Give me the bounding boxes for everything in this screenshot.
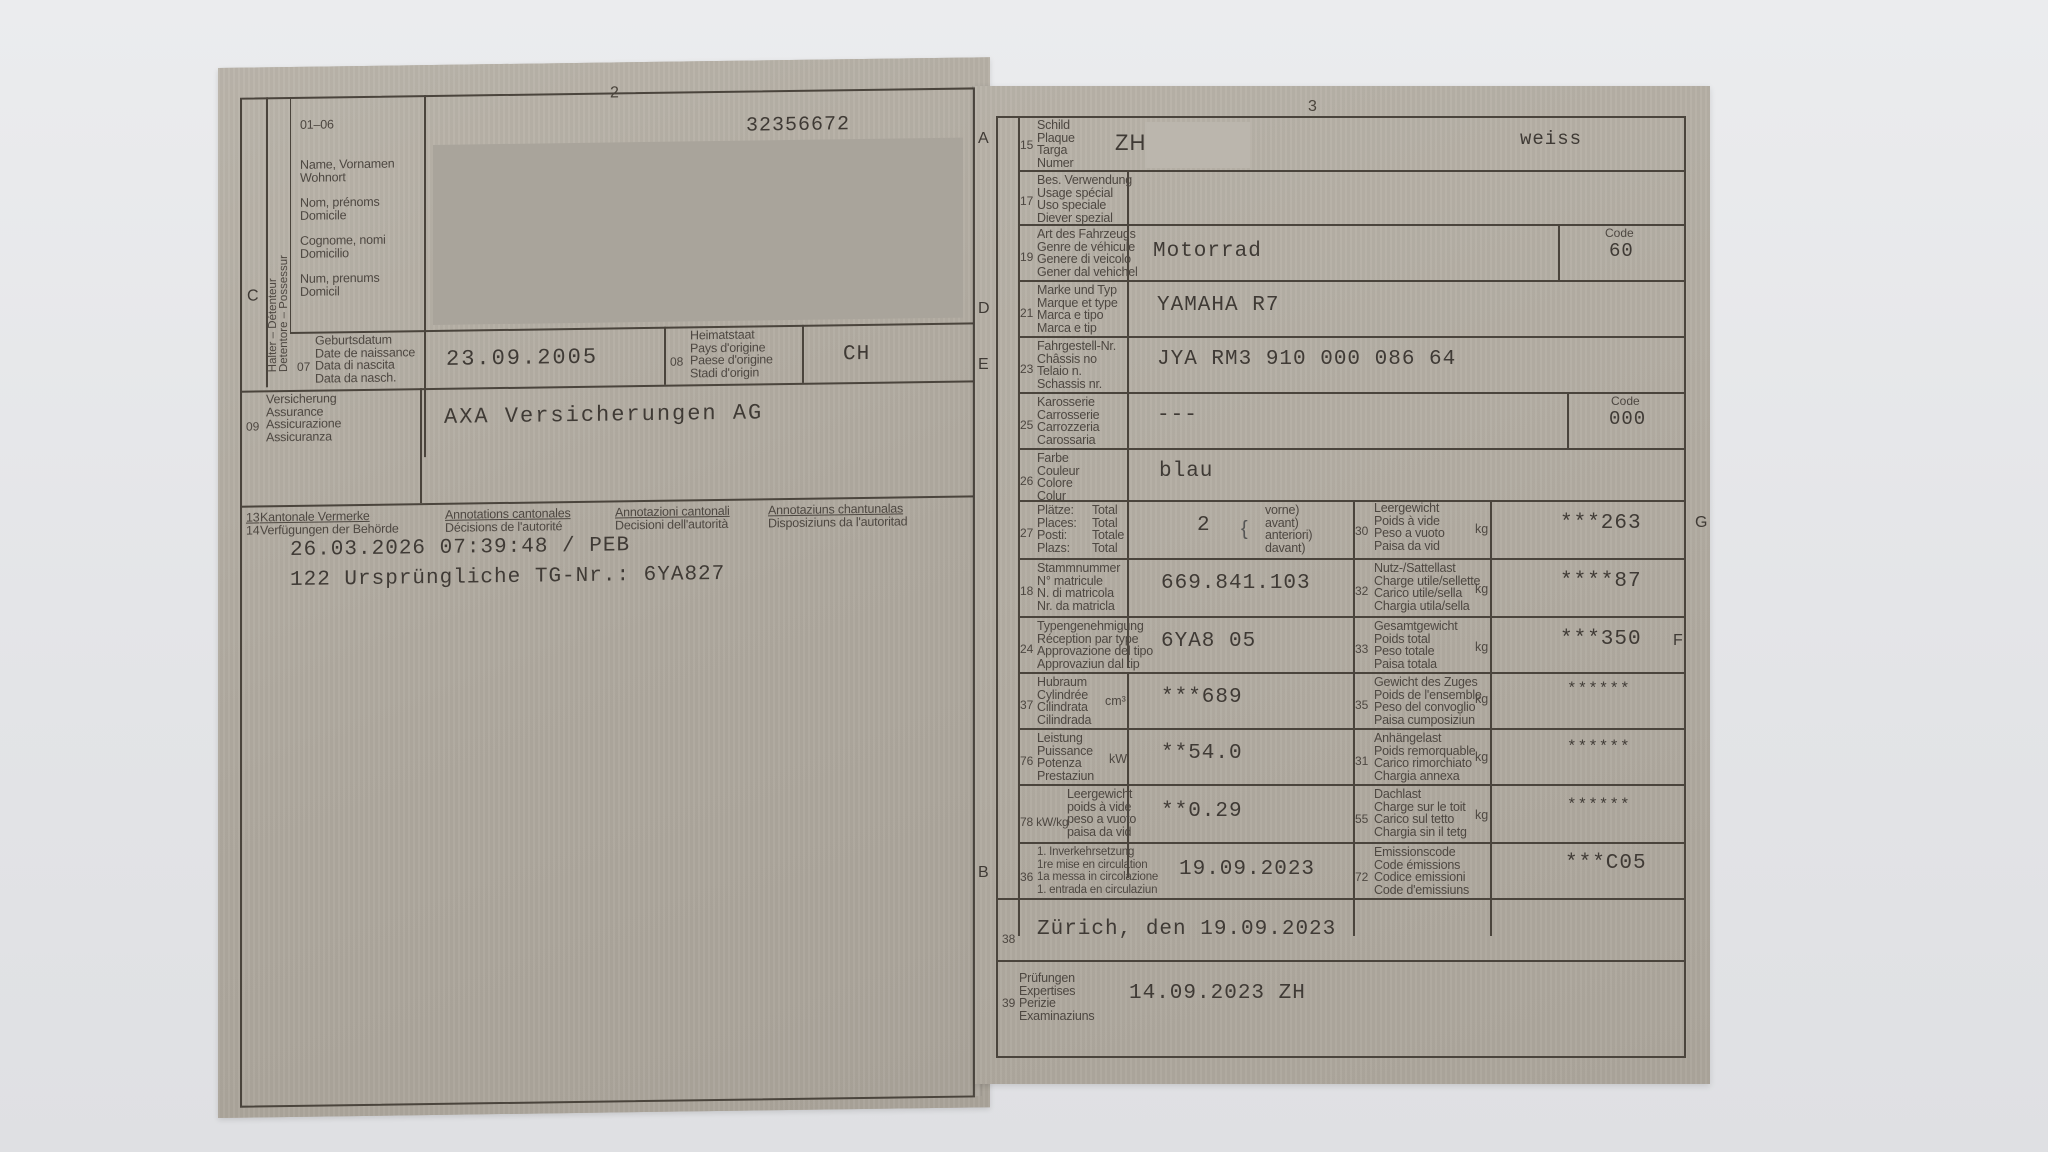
label-line: Potenza (1037, 757, 1094, 770)
trailer-load-label: Anhängelast Poids remorquable Carico rim… (1374, 732, 1476, 782)
insurance-label: Versicherung Assurance Assicurazione Ass… (266, 392, 341, 443)
label-line: Marca e tipo (1037, 309, 1118, 322)
field-number-30: 30 (1355, 524, 1368, 538)
label-line: Stammnummer (1037, 562, 1120, 575)
annotation-header-fr: Annotations cantonales Décisions de l'au… (445, 507, 571, 534)
emission-code-value: ***C05 (1565, 852, 1647, 875)
label-line: Karosserie (1037, 396, 1099, 409)
divider (1018, 336, 1686, 338)
vehicle-type-value: Motorrad (1153, 240, 1262, 263)
label-line: Carossaria (1037, 434, 1099, 447)
issue-place-date-value: Zürich, den 19.09.2023 (1037, 918, 1336, 941)
power-label: Leistung Puissance Potenza Prestaziun (1037, 732, 1094, 782)
chassis-value: JYA RM3 910 000 086 64 (1157, 348, 1456, 371)
label-line: Plazs: (1037, 542, 1077, 555)
label-line: Schassis nr. (1037, 378, 1116, 391)
train-weight-value: ****** (1567, 680, 1631, 698)
section-letter-e: E (978, 356, 989, 374)
label-line: Paisa totala (1374, 658, 1458, 671)
inspection-label: Prüfungen Expertises Perizie Examinaziun… (1019, 972, 1094, 1022)
label-line: Anhängelast (1374, 732, 1476, 745)
first-registration-label: 1. Inverkehrsetzung 1re mise en circulat… (1037, 846, 1158, 896)
field-number-14: 14 (246, 524, 260, 537)
power-value: **54.0 (1161, 742, 1243, 765)
divider (1018, 392, 1686, 394)
vehicle-type-label: Art des Fahrzeugs Genre de véhicule Gene… (1037, 228, 1138, 278)
field-number-78: 78 (1020, 815, 1033, 829)
divider (1018, 672, 1686, 674)
insurance-value: AXA Versicherungen AG (444, 400, 763, 429)
master-number-label: Stammnummer N° matricule N. di matricola… (1037, 562, 1120, 612)
divider (1567, 392, 1569, 448)
label-line: Marca e tip (1037, 322, 1118, 335)
label-line: Carico utile/sella (1374, 587, 1480, 600)
brace: { (1241, 504, 1247, 554)
label-line: Cilindrada (1037, 714, 1091, 727)
field-number-23: 23 (1020, 362, 1033, 376)
divider (996, 898, 1686, 900)
field-number-76: 76 (1020, 754, 1033, 768)
holder-label-fr: Nom, prénoms Domicile (300, 196, 380, 222)
field-number-72: 72 (1355, 870, 1368, 884)
label-line: Domicile (300, 208, 380, 222)
section-letter-b: B (978, 864, 989, 882)
divider (290, 97, 291, 332)
color-value: blau (1159, 460, 1213, 483)
label-line: 1a messa in circolazione (1037, 871, 1158, 884)
page-number-right: 3 (1308, 98, 1317, 116)
field-number-55: 55 (1355, 812, 1368, 826)
seats-label: Plätze: Places: Posti: Plazs: (1037, 504, 1077, 554)
label-line: Gewicht des Zuges (1374, 676, 1482, 689)
field-number-15: 15 (1020, 138, 1033, 152)
plate-value: ZH (1115, 130, 1146, 156)
power-weight-label: Leergewicht poids à vide peso a vuoto pa… (1067, 788, 1136, 838)
label-line: Emissionscode (1374, 846, 1469, 859)
label-line: Paisa da vid (1374, 540, 1445, 553)
vehicle-type-code-label: Code (1605, 226, 1634, 240)
field-number-31: 31 (1355, 754, 1368, 768)
chassis-label: Fahrgestell-Nr. Châssis no Telaio n. Sch… (1037, 340, 1116, 390)
make-type-value: YAMAHA R7 (1157, 294, 1279, 317)
divider (1018, 500, 1686, 502)
birthdate-label: Geburtsdatum Date de naissance Data di n… (315, 333, 415, 384)
divider (1127, 672, 1129, 728)
label-line: 1. Inverkehrsetzung (1037, 846, 1158, 859)
label-line: 1re mise en circulation (1037, 859, 1158, 872)
label-line: Carrozzeria (1037, 421, 1099, 434)
label-line: Décisions de l'autorité (445, 520, 571, 534)
body-label: Karosserie Carrosserie Carrozzeria Caros… (1037, 396, 1099, 446)
displacement-value: ***689 (1161, 686, 1243, 709)
label-line: Wohnort (300, 170, 394, 184)
label-line: Marke und Typ (1037, 284, 1118, 297)
field-number-27: 27 (1020, 526, 1033, 540)
field-number-09: 09 (246, 419, 259, 433)
displacement-label: Hubraum Cylindrée Cilindrata Cilindrada (1037, 676, 1091, 726)
label-line: Data da nasch. (315, 371, 415, 385)
birthdate-value: 23.09.2005 (446, 345, 598, 372)
section-letter-d: D (978, 300, 990, 318)
divider (1018, 558, 1686, 560)
unit-kw: kW (1109, 752, 1127, 766)
divider (424, 95, 426, 457)
seats-value: 2 (1197, 514, 1211, 537)
field-range-label: 01–06 (300, 118, 334, 131)
divider (1018, 784, 1686, 786)
unit-kg: kg (1475, 750, 1488, 764)
annotation-header-it: Annotazioni cantonali Decisioni dell'aut… (615, 505, 730, 532)
label-line: Examinaziuns (1019, 1010, 1094, 1023)
body-value: --- (1157, 404, 1198, 427)
field-number-33: 33 (1355, 642, 1368, 656)
section-letter-a: A (978, 130, 989, 148)
unit-kg: kg (1475, 582, 1488, 596)
holder-label-it: Cognome, nomi Domicilio (300, 234, 386, 260)
label-line: Paisa cumposiziun (1374, 714, 1482, 727)
label-line: Posti: (1037, 529, 1077, 542)
label-line: Art des Fahrzeugs (1037, 228, 1138, 241)
annotation-header-de: Kantonale Vermerke Verfügungen der Behör… (260, 509, 399, 536)
label-line: Total (1092, 542, 1124, 555)
payload-value: ****87 (1560, 570, 1642, 593)
holder-label-de: Name, Vornamen Wohnort (300, 158, 394, 184)
plate-number-redacted (1145, 122, 1250, 168)
field-number-26: 26 (1020, 474, 1033, 488)
label-line: Typengenehmigung (1037, 620, 1153, 633)
unit-kg: kg (1475, 522, 1488, 536)
divider (802, 325, 804, 383)
label-line: Domicil (300, 284, 380, 298)
label-line: anteriori) (1265, 529, 1312, 542)
field-number-24: 24 (1020, 642, 1033, 656)
label-line: Genere di veicolo (1037, 253, 1138, 266)
divider (1018, 448, 1686, 450)
label-line: Hubraum (1037, 676, 1091, 689)
section-letter-f: F (1673, 632, 1683, 650)
label-line: Chargia utila/sella (1374, 600, 1480, 613)
type-approval-label: Typengenehmigung Réception par type Appr… (1037, 620, 1153, 670)
label-line: Chargia sin il tetg (1374, 826, 1467, 839)
label-line: Dachlast (1374, 788, 1467, 801)
label-line: Num, prenums (300, 272, 380, 286)
origin-label: Heimatstaat Pays d'origine Paese d'origi… (690, 328, 773, 379)
empty-weight-value: ***263 (1560, 512, 1642, 535)
label-line: Nutz-/Sattellast (1374, 562, 1480, 575)
label-line: Gener dal vehichel (1037, 266, 1138, 279)
label-line: Peso del convoglio (1374, 701, 1482, 714)
label-line: Carico rimorchiato (1374, 757, 1476, 770)
body-code: 000 (1609, 408, 1646, 430)
payload-label: Nutz-/Sattellast Charge utile/sellette C… (1374, 562, 1480, 612)
label-line: Domicilio (300, 246, 386, 260)
label-line: Leergewicht (1374, 502, 1445, 515)
trailer-load-value: ****** (1567, 738, 1631, 756)
origin-value: CH (843, 343, 870, 366)
label-line: Plätze: (1037, 504, 1077, 517)
divider (1127, 728, 1129, 784)
plate-label: Schild Plaque Targa Numer (1037, 119, 1075, 169)
color-label: Farbe Couleur Colore Colur (1037, 452, 1079, 502)
divider (1018, 280, 1686, 282)
empty-weight-label: Leergewicht Poids à vide Peso a vuoto Pa… (1374, 502, 1445, 552)
master-number-value: 669.841.103 (1161, 572, 1311, 595)
label-line: Telaio n. (1037, 365, 1116, 378)
divider (1018, 616, 1686, 618)
seats-front-label: vorne) avant) anteriori) davant) (1265, 504, 1312, 554)
label-line: Peso a vuoto (1374, 527, 1445, 540)
field-number-18: 18 (1020, 584, 1033, 598)
power-weight-label-prefix: 78 kW/kg (1020, 816, 1068, 829)
body-code-label: Code (1611, 394, 1640, 408)
label-line: Disposiziuns da l'autoritad (768, 515, 907, 529)
label-line: Verfügungen der Behörde (260, 522, 399, 536)
label-line: Fahrgestell-Nr. (1037, 340, 1116, 353)
field-number-39: 39 (1002, 996, 1015, 1010)
field-number-32: 32 (1355, 584, 1368, 598)
vehicle-type-code: 60 (1609, 240, 1634, 262)
document-number: 32356672 (746, 113, 850, 137)
label-line: Cilindrata (1037, 701, 1091, 714)
label-line: Decisioni dell'autorità (615, 517, 730, 531)
holder-vertical-label-2: Detentore – Possessur (278, 255, 290, 372)
unit-kg: kg (1475, 640, 1488, 654)
label-line: Gesamtgewicht (1374, 620, 1458, 633)
power-weight-value: **0.29 (1161, 800, 1243, 823)
label-line: peso a vuoto (1067, 813, 1136, 826)
label-line: Name, Vornamen (300, 158, 394, 172)
field-number-36: 36 (1020, 870, 1033, 884)
label-line: Assicuranza (266, 430, 341, 444)
divider (1558, 224, 1560, 280)
label-line: Bes. Verwendung (1037, 174, 1132, 187)
special-use-label: Bes. Verwendung Usage spécial Uso specia… (1037, 174, 1132, 224)
label-line: Farbe (1037, 452, 1079, 465)
label-line: N. di matricola (1037, 587, 1120, 600)
unit-kg: kg (1475, 808, 1488, 822)
label-line: Leistung (1037, 732, 1094, 745)
holder-redacted-block (433, 138, 963, 325)
plate-color-value: weiss (1520, 128, 1582, 150)
label-line: Chargia annexa (1374, 770, 1476, 783)
label-line: Stadi d'origin (690, 366, 773, 380)
label-line: paisa da vid (1067, 826, 1136, 839)
label-line: Colore (1037, 477, 1079, 490)
annotation-numbers: 13 14 (246, 511, 260, 536)
label-line: Approvazione del tipo (1037, 645, 1153, 658)
field-number-13: 13 (246, 511, 260, 524)
divider (1018, 728, 1686, 730)
unit-kw-per-kg: kW/kg (1036, 815, 1068, 829)
annotation-entry-1: 26.03.2026 07:39:48 / PEB (290, 534, 630, 562)
train-weight-label: Gewicht des Zuges Poids de l'ensemble Pe… (1374, 676, 1482, 726)
field-number-21: 21 (1020, 306, 1033, 320)
label-line: 1. entrada en circulaziun (1037, 884, 1158, 897)
field-number-38: 38 (1002, 932, 1015, 946)
make-type-label: Marke und Typ Marque et type Marca e tip… (1037, 284, 1118, 334)
label-line: Leergewicht (1067, 788, 1136, 801)
label-line: Carico sul tetto (1374, 813, 1467, 826)
label-line: davant) (1265, 542, 1312, 555)
divider (1490, 500, 1492, 936)
first-registration-value: 19.09.2023 (1179, 858, 1315, 881)
label-line: Nr. da matricla (1037, 600, 1120, 613)
holder-label-rm: Num, prenums Domicil (300, 272, 380, 298)
label-line: Approvaziun dal tip (1037, 658, 1153, 671)
divider (1018, 170, 1686, 172)
section-letter-c: C (247, 287, 259, 305)
seats-total-label: Total Total Totale Total (1092, 504, 1124, 554)
field-number-08: 08 (670, 355, 683, 369)
field-number-35: 35 (1355, 698, 1368, 712)
label-line: Numer (1037, 157, 1075, 170)
unit-cm3: cm³ (1105, 694, 1126, 708)
label-line: Prestaziun (1037, 770, 1094, 783)
field-number-07: 07 (297, 360, 310, 374)
label-line: Totale (1092, 529, 1124, 542)
type-approval-value: 6YA8 05 (1161, 630, 1256, 653)
field-number-19: 19 (1020, 250, 1033, 264)
roof-load-value: ****** (1567, 796, 1631, 814)
divider (664, 327, 666, 385)
total-weight-value: ***350 (1560, 628, 1642, 651)
emission-code-label: Emissionscode Code émissions Codice emis… (1374, 846, 1469, 896)
unit-kg: kg (1475, 692, 1488, 706)
label-line: Targa (1037, 144, 1075, 157)
inspection-value: 14.09.2023 ZH (1129, 982, 1306, 1005)
label-line: Prüfungen (1019, 972, 1094, 985)
field-number-17: 17 (1020, 194, 1033, 208)
label-line: Code d'emissiuns (1374, 884, 1469, 897)
divider (420, 388, 422, 503)
label-line: Peso totale (1374, 645, 1458, 658)
label-line: Codice emissioni (1374, 871, 1469, 884)
left-page: 2 C Halter – Détenteur Detentore – Posse… (218, 57, 990, 1118)
label-line: Diever spezial (1037, 212, 1132, 225)
label-line: Perizie (1019, 997, 1094, 1010)
roof-load-label: Dachlast Charge sur le toit Carico sul t… (1374, 788, 1467, 838)
right-page: 3 A 15 Schild Plaque Targa Numer ZH weis… (975, 86, 1710, 1084)
label-line: Schild (1037, 119, 1075, 132)
divider (1018, 842, 1686, 844)
field-number-37: 37 (1020, 698, 1033, 712)
total-weight-label: Gesamtgewicht Poids total Peso totale Pa… (1374, 620, 1458, 670)
label-line: vorne) (1265, 504, 1312, 517)
annotation-header-rm: Annotaziuns chantunalas Disposiziuns da … (768, 502, 907, 529)
section-letter-g: G (1695, 514, 1707, 532)
label-line: Uso speciale (1037, 199, 1132, 212)
field-number-25: 25 (1020, 418, 1033, 432)
divider (996, 960, 1686, 962)
divider (1018, 224, 1686, 226)
label-line: Total (1092, 504, 1124, 517)
